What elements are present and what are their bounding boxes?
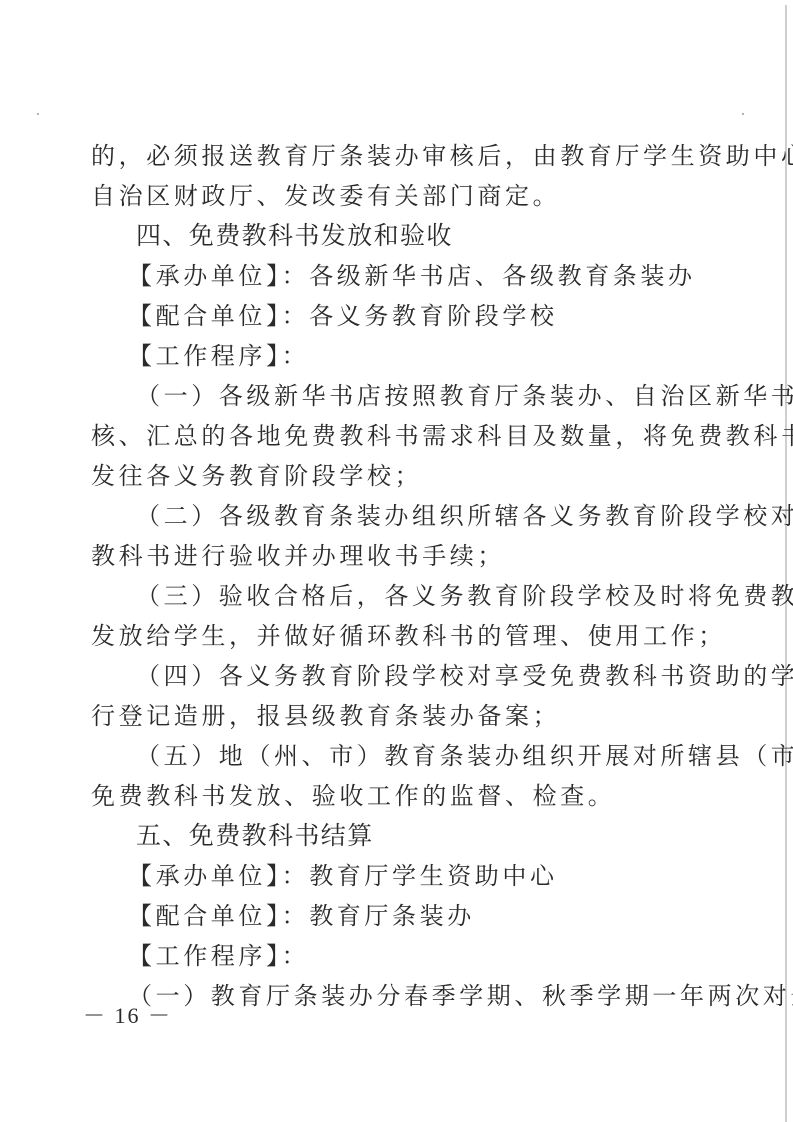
- text-line: （五）地（州、市）教育条装办组织开展对所辖县（市、区）: [91, 736, 681, 776]
- section-heading-5: 五、免费教科书结算: [91, 816, 681, 856]
- field-host-unit: 【承办单位】：各级新华书店、各级教育条装办: [91, 256, 681, 296]
- field-work-procedure: 【工作程序】：: [91, 936, 681, 976]
- scan-edge-line: [785, 5, 787, 1122]
- text-line: 核、汇总的各地免费教科书需求科目及数量，将免费教科书直接: [91, 416, 681, 456]
- page-number: － 16 －: [83, 1001, 172, 1031]
- text-line: （四）各义务教育阶段学校对享受免费教科书资助的学生进: [91, 656, 681, 696]
- text-line: 免费教科书发放、验收工作的监督、检查。: [91, 776, 681, 816]
- field-cooperating-unit: 【配合单位】：教育厅条装办: [91, 896, 681, 936]
- field-work-procedure: 【工作程序】：: [91, 336, 681, 376]
- text-line: 教科书进行验收并办理收书手续；: [91, 536, 681, 576]
- text-line: 自治区财政厅、发改委有关部门商定。: [91, 176, 681, 216]
- text-line: （二）各级教育条装办组织所辖各义务教育阶段学校对免费: [91, 496, 681, 536]
- scan-speck: [742, 113, 744, 115]
- text-line: （一）各级新华书店按照教育厅条装办、自治区新华书店审: [91, 376, 681, 416]
- document-body: 的，必须报送教育厅条装办审核后，由教育厅学生资助中心会商 自治区财政厅、发改委有…: [91, 136, 681, 1016]
- section-heading-4: 四、免费教科书发放和验收: [91, 216, 681, 256]
- text-line: 的，必须报送教育厅条装办审核后，由教育厅学生资助中心会商: [91, 136, 681, 176]
- text-line: 发放给学生，并做好循环教科书的管理、使用工作；: [91, 616, 681, 656]
- field-host-unit: 【承办单位】：教育厅学生资助中心: [91, 856, 681, 896]
- text-line: （三）验收合格后，各义务教育阶段学校及时将免费教科书: [91, 576, 681, 616]
- text-line: 发往各义务教育阶段学校；: [91, 456, 681, 496]
- text-line: （一）教育厅条装办分春季学期、秋季学期一年两次对全区: [91, 976, 681, 1016]
- scan-speck: [37, 113, 39, 115]
- text-line: 行登记造册，报县级教育条装办备案；: [91, 696, 681, 736]
- field-cooperating-unit: 【配合单位】：各义务教育阶段学校: [91, 296, 681, 336]
- document-page: 的，必须报送教育厅条装办审核后，由教育厅学生资助中心会商 自治区财政厅、发改委有…: [0, 0, 793, 1122]
